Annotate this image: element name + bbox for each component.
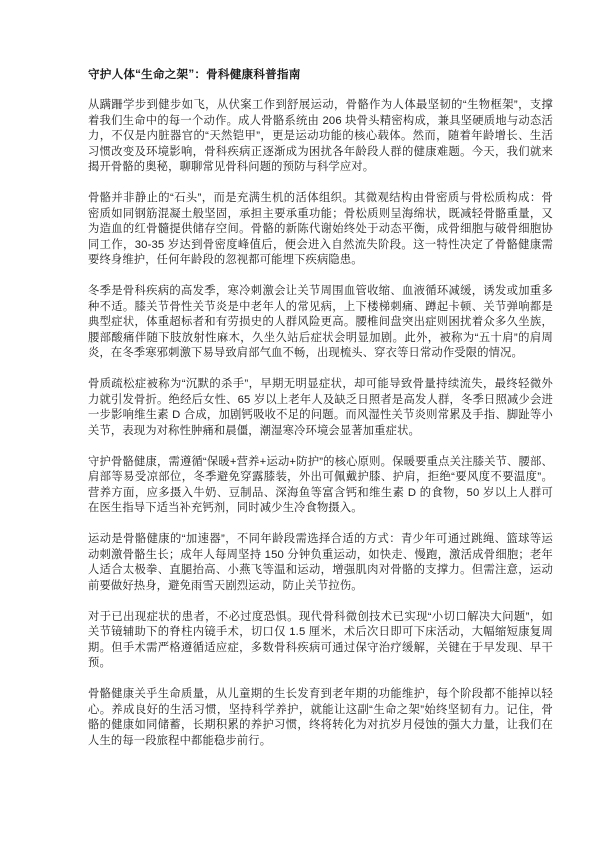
paragraph-conclusion: 骨骼健康关乎生命质量，从儿童期的生长发育到老年期的功能维护，每个阶段都不能掉以轻… [88,687,553,749]
paragraph-winter-diseases: 冬季是骨科疾病的高发季，寒冷刺激会让关节周围血管收缩、血液循环减缓，诱发或加重多… [88,284,553,362]
paragraph-osteoporosis: 骨质疏松症被称为“沉默的杀手”，早期无明显症状，却可能导致骨量持续流失，最终轻微… [88,377,553,439]
document-page: 守护人体“生命之架”：骨科健康科普指南 从蹒跚学步到健步如飞，从伏案工作到舒展运… [0,0,595,841]
paragraph-exercise: 运动是骨骼健康的“加速器”，不同年龄段需选择合适的方式：青少年可通过跳绳、篮球等… [88,532,553,594]
paragraph-treatment: 对于已出现症状的患者，不必过度恐惧。现代骨科微创技术已实现“小切口解决大问题”，… [88,610,553,672]
document-content: 守护人体“生命之架”：骨科健康科普指南 从蹒跚学步到健步如飞，从伏案工作到舒展运… [88,67,553,765]
paragraph-intro: 从蹒跚学步到健步如飞，从伏案工作到舒展运动，骨骼作为人体最坚韧的“生物框架”，支… [88,98,553,176]
paragraph-bone-structure: 骨骼并非静止的“石头”，而是充满生机的活体组织。其微观结构由骨密质与骨松质构成：… [88,191,553,269]
paragraph-protection-principles: 守护骨骼健康，需遵循“保暖+营养+运动+防护”的核心原则。保暖要重点关注膝关节、… [88,455,553,517]
document-title: 守护人体“生命之架”：骨科健康科普指南 [88,67,553,83]
